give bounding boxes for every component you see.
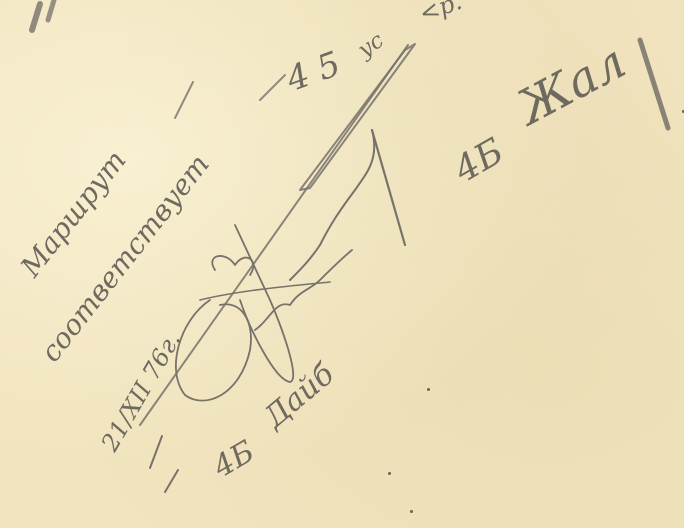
paper-speck bbox=[410, 510, 413, 513]
paper-speck bbox=[427, 388, 430, 391]
paper-speck bbox=[388, 472, 391, 475]
